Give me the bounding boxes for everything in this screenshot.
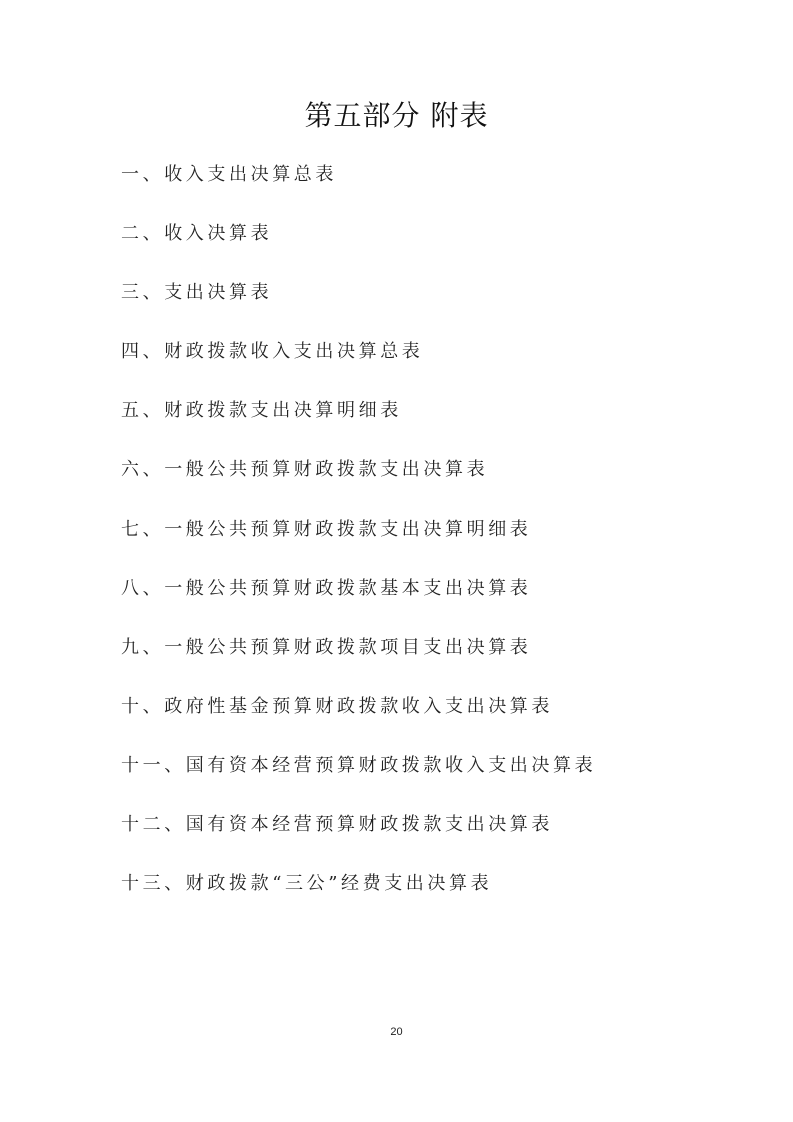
list-item-9: 九、一般公共预算财政拨款项目支出决算表	[121, 633, 596, 663]
list-item-11: 十一、国有资本经营预算财政拨款收入支出决算表	[121, 751, 596, 781]
list-item-6: 六、一般公共预算财政拨款支出决算表	[121, 455, 596, 485]
list-item-7: 七、一般公共预算财政拨款支出决算明细表	[121, 515, 596, 545]
document-page: 第五部分 附表 一、收入支出决算总表 二、收入决算表 三、支出决算表 四、财政拨…	[0, 0, 793, 1122]
page-number: 20	[0, 1026, 793, 1038]
list-item-5: 五、财政拨款支出决算明细表	[121, 396, 596, 426]
list-item-10: 十、政府性基金预算财政拨款收入支出决算表	[121, 692, 596, 722]
appendix-table-list: 一、收入支出决算总表 二、收入决算表 三、支出决算表 四、财政拨款收入支出决算总…	[121, 160, 596, 928]
list-item-12: 十二、国有资本经营预算财政拨款支出决算表	[121, 810, 596, 840]
list-item-3: 三、支出决算表	[121, 278, 596, 308]
list-item-2: 二、收入决算表	[121, 219, 596, 249]
list-item-4: 四、财政拨款收入支出决算总表	[121, 337, 596, 367]
section-title: 第五部分 附表	[0, 96, 793, 136]
list-item-1: 一、收入支出决算总表	[121, 160, 596, 190]
list-item-13: 十三、财政拨款“三公”经费支出决算表	[121, 869, 596, 899]
list-item-8: 八、一般公共预算财政拨款基本支出决算表	[121, 574, 596, 604]
